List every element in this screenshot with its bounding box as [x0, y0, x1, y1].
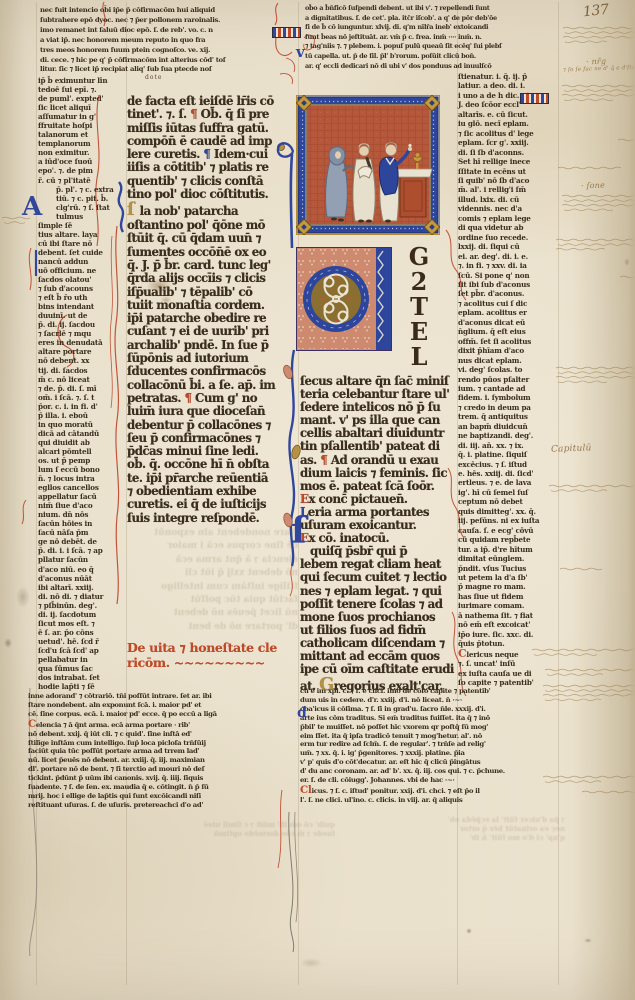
- marginal-note: ⁊ ſo ſe fac ne d' q̄ e d'ſtant: [563, 65, 635, 74]
- striped-paraph-mark: [272, 27, 301, 38]
- blue-initial-small: d: [297, 705, 307, 721]
- marginal-note: · nr̄g: [586, 57, 606, 67]
- page-edge-shadow: [628, 0, 635, 1000]
- striped-paraph-mark: [520, 93, 549, 104]
- blue-initial-s: ſ: [291, 513, 307, 549]
- blue-initial-a: A: [22, 192, 42, 222]
- marginalia-layer: · nr̄g⁊ ſo ſe fac ne d' q̄ e d'ſtant· ſo…: [0, 0, 635, 1000]
- manuscript-page: 137 nec fuit intencio ob̄i ip̄e p̄ cōfir…: [0, 0, 635, 1000]
- marginal-note: · ſone: [581, 181, 605, 191]
- marginal-note: Capitulū: [551, 443, 592, 454]
- blue-initial-v: v: [296, 43, 305, 61]
